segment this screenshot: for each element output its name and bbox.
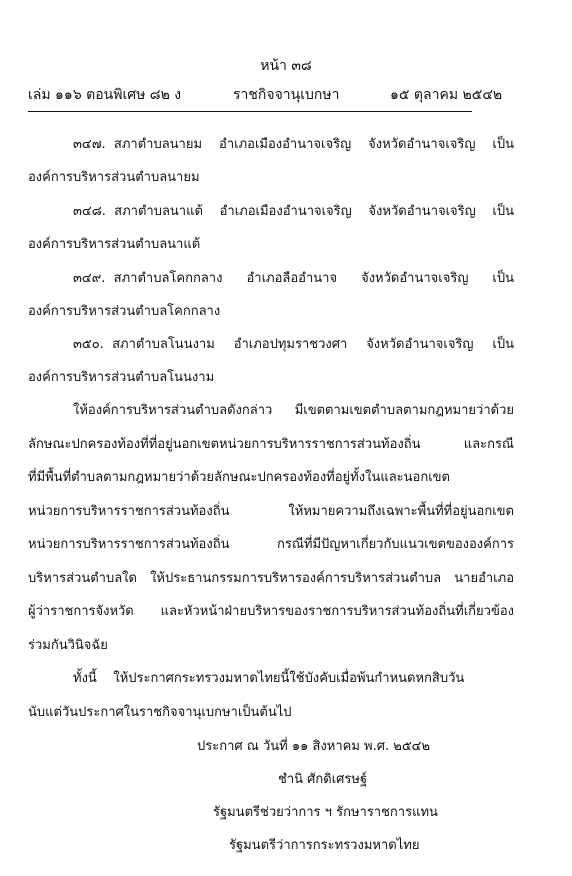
publication-date: ๑๕ ตุลาคม ๒๕๔๒ — [390, 86, 502, 104]
signatory-name: ชำนิ ศักดิเศรษฐ์ — [278, 771, 367, 788]
item-347-line1: ๓๔๗. สภาตำบลนายม อำเภอเมืองอำนาจเจริญ จั… — [73, 136, 514, 153]
paragraph1-line: ที่มีพื้นที่ตำบลตามกฎหมายว่าด้วยลักษณะปก… — [28, 469, 450, 486]
paragraph1-line: ให้องค์การบริหารส่วนตำบลดังกล่าว มีเขตตา… — [73, 402, 514, 419]
gazette-page: หน้า ๓๘ เล่ม ๑๑๖ ตอนพิเศษ ๘๒ ง ราชกิจจาน… — [0, 0, 572, 876]
item-350-line2: องค์การบริหารส่วนตำบลโนนงาม — [28, 369, 214, 386]
publication-name: ราชกิจจานุเบกษา — [233, 86, 339, 104]
paragraph1-line: ลักษณะปกครองท้องที่ที่อยู่นอกเขตหน่วยการ… — [28, 436, 514, 453]
paragraph1-line: บริหารส่วนตำบลใด ให้ประธานกรรมการบริหารอ… — [28, 570, 514, 587]
paragraph1-line: หน่วยการบริหารราชการส่วนท้องถิ่น กรณีที่… — [28, 536, 514, 553]
paragraph2-line: ทั้งนี้ ให้ประกาศกระทรวงมหาดไทยนี้ใช้บัง… — [73, 670, 464, 687]
item-number: ๓๕๐. สภาตำบลโนนงาม — [73, 336, 215, 353]
item-348-line2: องค์การบริหารส่วนตำบลนาแต้ — [28, 236, 200, 253]
signatory-title-2: รัฐมนตรีว่าการกระทรวงมหาดไทย — [229, 837, 419, 854]
item-349-line1: ๓๔๙. สภาตำบลโคกกลาง อำเภอลืออำนาจ จังหวั… — [73, 270, 514, 287]
item-347-line2: องค์การบริหารส่วนตำบลนายม — [28, 169, 200, 186]
signatory-title: รัฐมนตรีช่วยว่าการ ฯ รักษาราชการแทน — [213, 804, 438, 821]
item-349-line2: องค์การบริหารส่วนตำบลโคกกลาง — [28, 303, 220, 320]
page-number: หน้า ๓๘ — [0, 57, 572, 75]
item-348-line1: ๓๔๘. สภาตำบลนาแต้ อำเภอเมืองอำนาจเจริญ จ… — [73, 203, 514, 220]
item-number: ๓๔๘. สภาตำบลนาแต้ — [73, 203, 203, 220]
running-header: เล่ม ๑๑๖ ตอนพิเศษ ๘๒ ง ราชกิจจานุเบกษา ๑… — [28, 86, 474, 106]
volume-issue: เล่ม ๑๑๖ ตอนพิเศษ ๘๒ ง — [28, 86, 181, 104]
paragraph1-line: ผู้ว่าราชการจังหวัด และหัวหน้าฝ่ายบริหาร… — [28, 603, 514, 620]
announcement-date: ประกาศ ณ วันที่ ๑๑ สิงหาคม พ.ศ. ๒๕๔๒ — [197, 738, 430, 755]
paragraph1-line: หน่วยการบริหารราชการส่วนท้องถิ่น ให้หมาย… — [28, 503, 514, 520]
item-number: ๓๔๗. สภาตำบลนายม — [73, 136, 202, 153]
item-350-line1: ๓๕๐. สภาตำบลโนนงาม อำเภอปทุมราชวงศา จังห… — [73, 336, 514, 353]
item-number: ๓๔๙. สภาตำบลโคกกลาง — [73, 270, 222, 287]
paragraph1-line: ร่วมกันวินิจฉัย — [28, 637, 108, 654]
header-divider — [28, 111, 472, 112]
paragraph2-line: นับแต่วันประกาศในราชกิจจานุเบกษาเป็นต้นไ… — [28, 704, 292, 721]
